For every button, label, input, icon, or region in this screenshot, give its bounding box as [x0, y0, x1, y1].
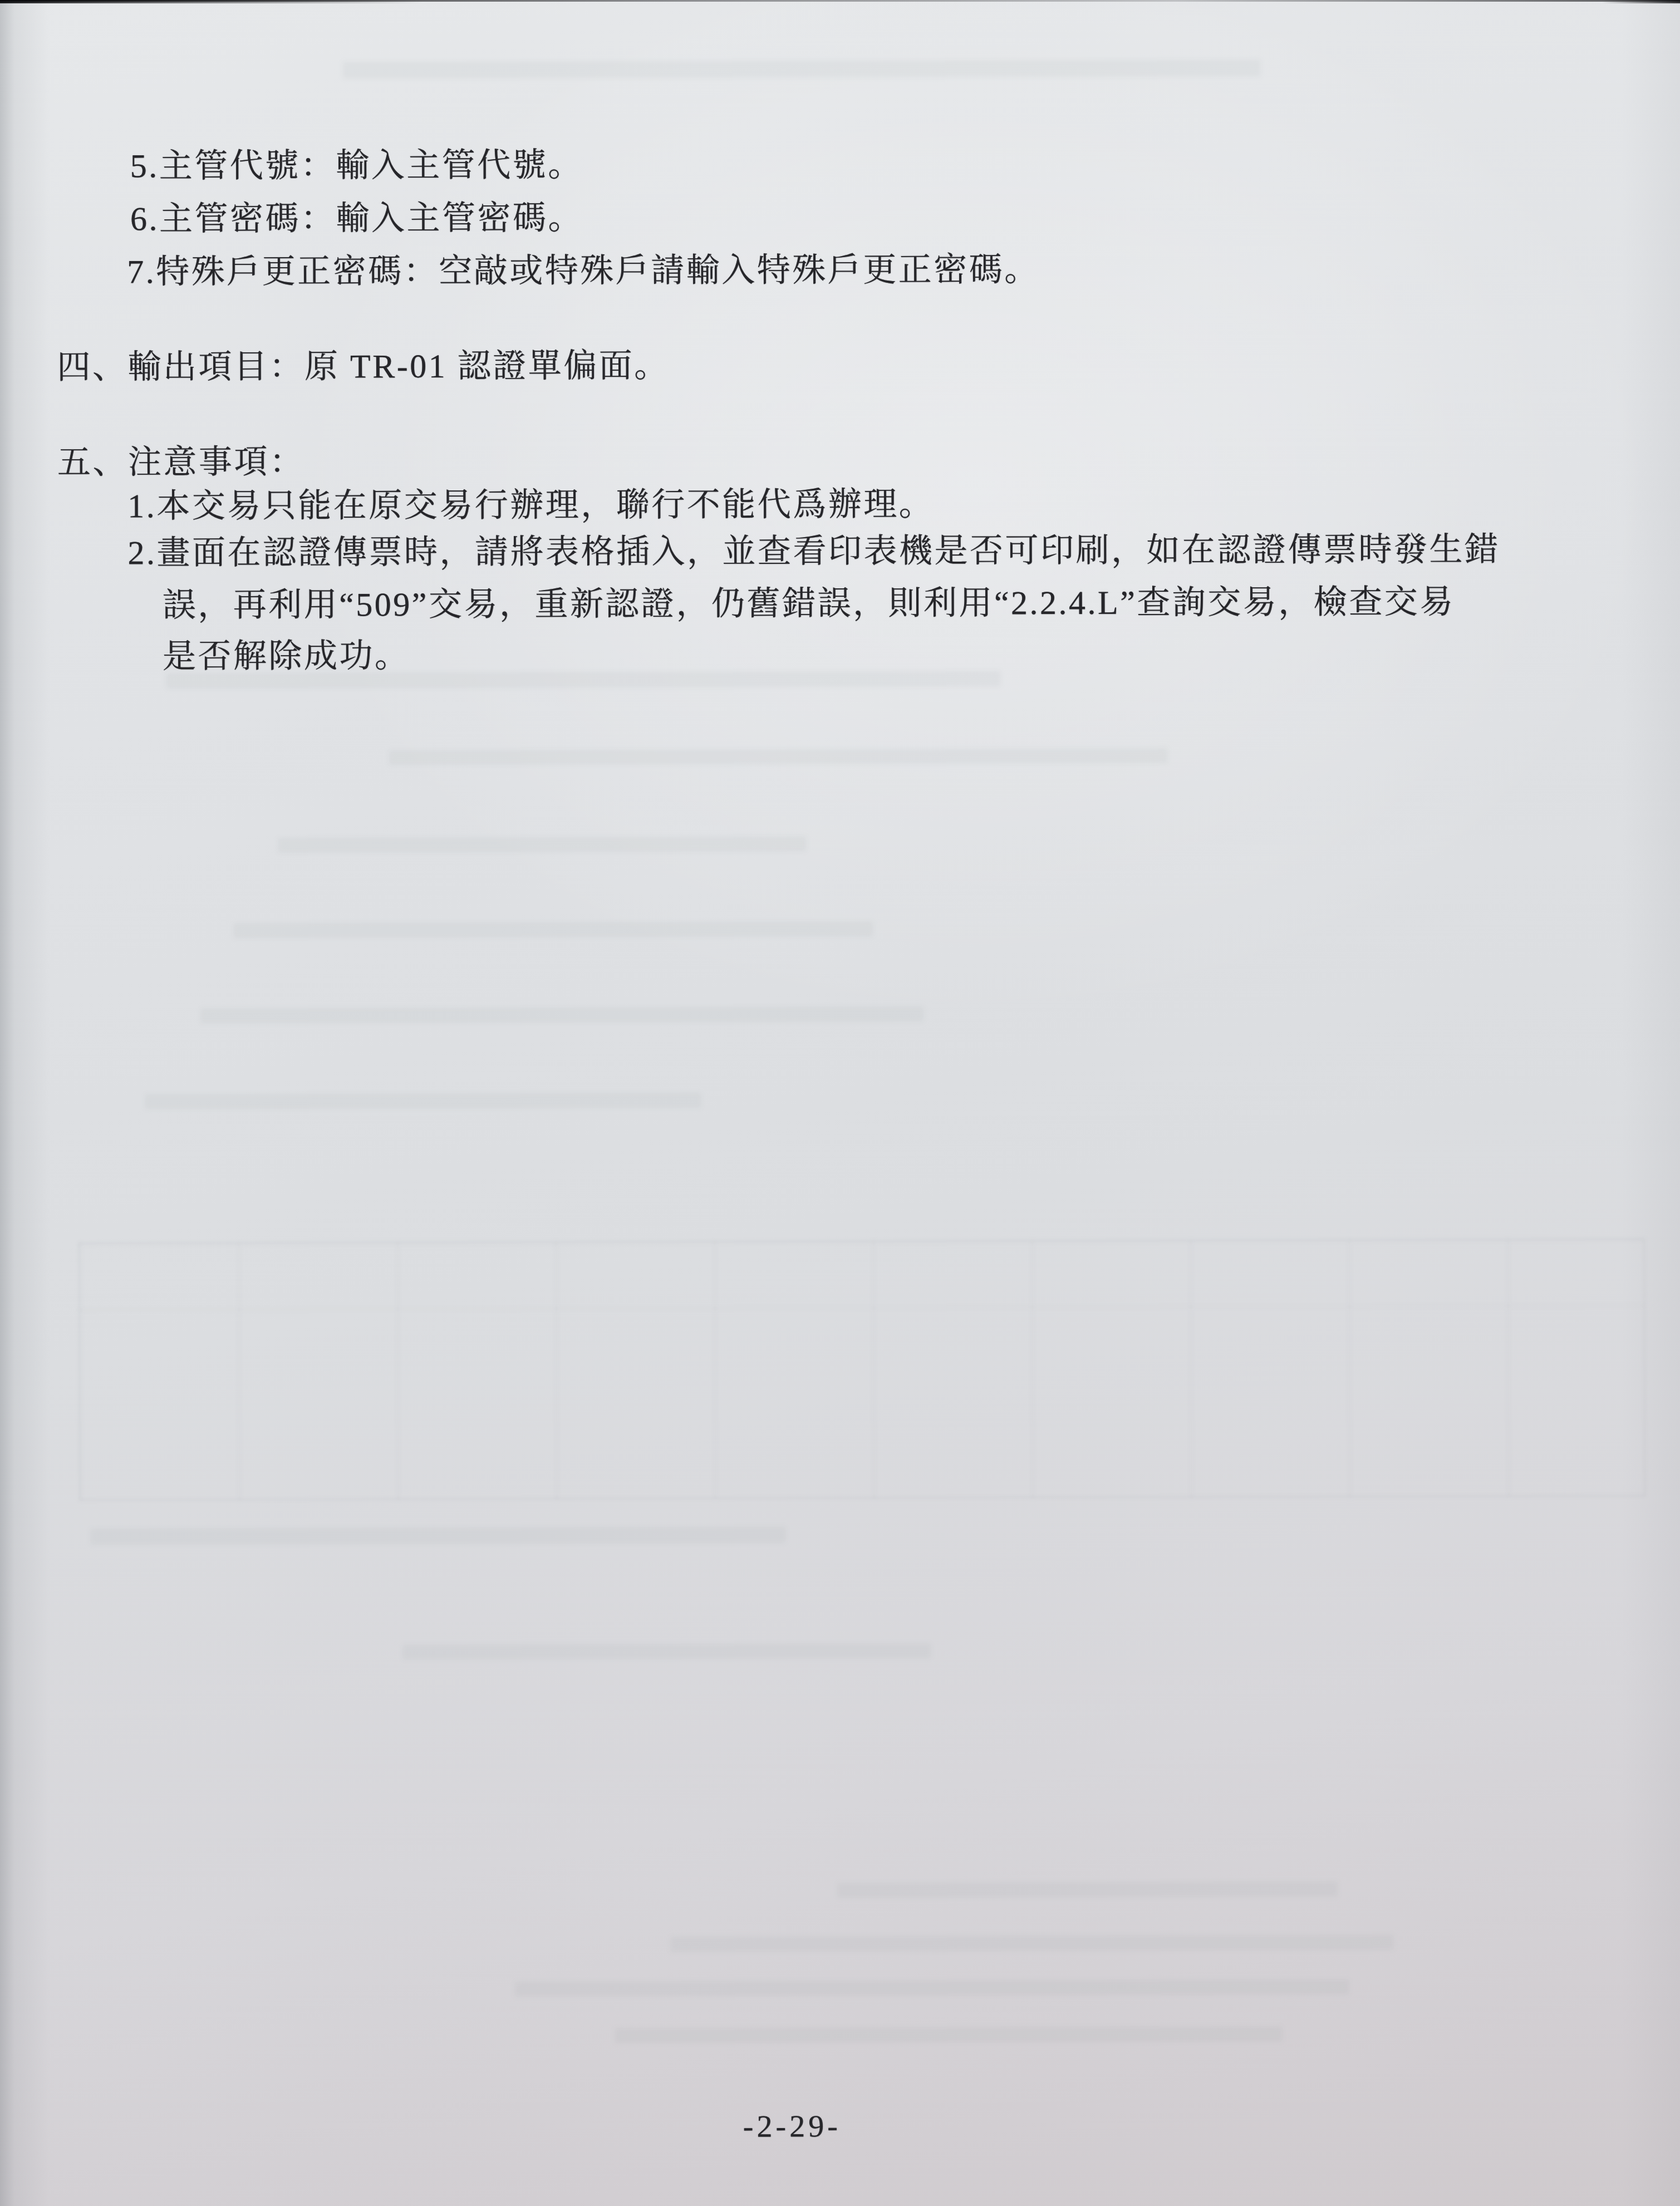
- bleed-through-line: [402, 1643, 931, 1660]
- section-heading-four: 四、輸出項目：原 TR-01 認證單偏面。: [57, 339, 669, 389]
- note-item-2-line-3: 是否解除成功。: [163, 629, 410, 677]
- bleed-through-line: [166, 670, 1001, 689]
- document-content: 5.主管代號：輸入主管代號。 6.主管密碼：輸入主管密碼。 7.特殊戶更正密碼：…: [0, 0, 1680, 2206]
- list-item-5: 5.主管代號：輸入主管代號。: [130, 138, 583, 187]
- note-item-2-line-2: 誤，再利用“509”交易，重新認證，仍舊錯誤，則利用“2.2.4.L”查詢交易，…: [163, 575, 1455, 626]
- bleed-through-table: [78, 1238, 1645, 1500]
- bleed-through-line: [145, 1093, 701, 1110]
- list-item-6: 6.主管密碼：輸入主管密碼。: [130, 191, 583, 240]
- note-item-2-line-1: 2.畫面在認證傳票時，請將表格插入，並查看印表機是否可印刷，如在認證傳票時發生錯: [127, 523, 1500, 574]
- scanned-document-page: 5.主管代號：輸入主管代號。 6.主管密碼：輸入主管密碼。 7.特殊戶更正密碼：…: [0, 0, 1680, 2206]
- bleed-through-line: [615, 2026, 1283, 2043]
- bleed-through-line: [389, 748, 1168, 765]
- note-item-1: 1.本交易只能在原交易行辦理，聯行不能代爲辦理。: [127, 478, 934, 528]
- bleed-through-line: [200, 1006, 924, 1024]
- bleed-through-line: [342, 59, 1261, 79]
- bleed-through-line: [837, 1881, 1338, 1898]
- page-number: -2-29-: [743, 2109, 841, 2144]
- bleed-through-line: [90, 1526, 786, 1545]
- list-item-7: 7.特殊戶更正密碼：空敲或特殊戶請輸入特殊戶更正密碼。: [127, 243, 1040, 293]
- bleed-through-line: [514, 1979, 1349, 1997]
- section-heading-five: 五、注意事項：: [57, 435, 305, 484]
- bleed-through-line: [670, 1934, 1394, 1952]
- bleed-through-line: [278, 836, 807, 853]
- bleed-through-line: [233, 921, 873, 939]
